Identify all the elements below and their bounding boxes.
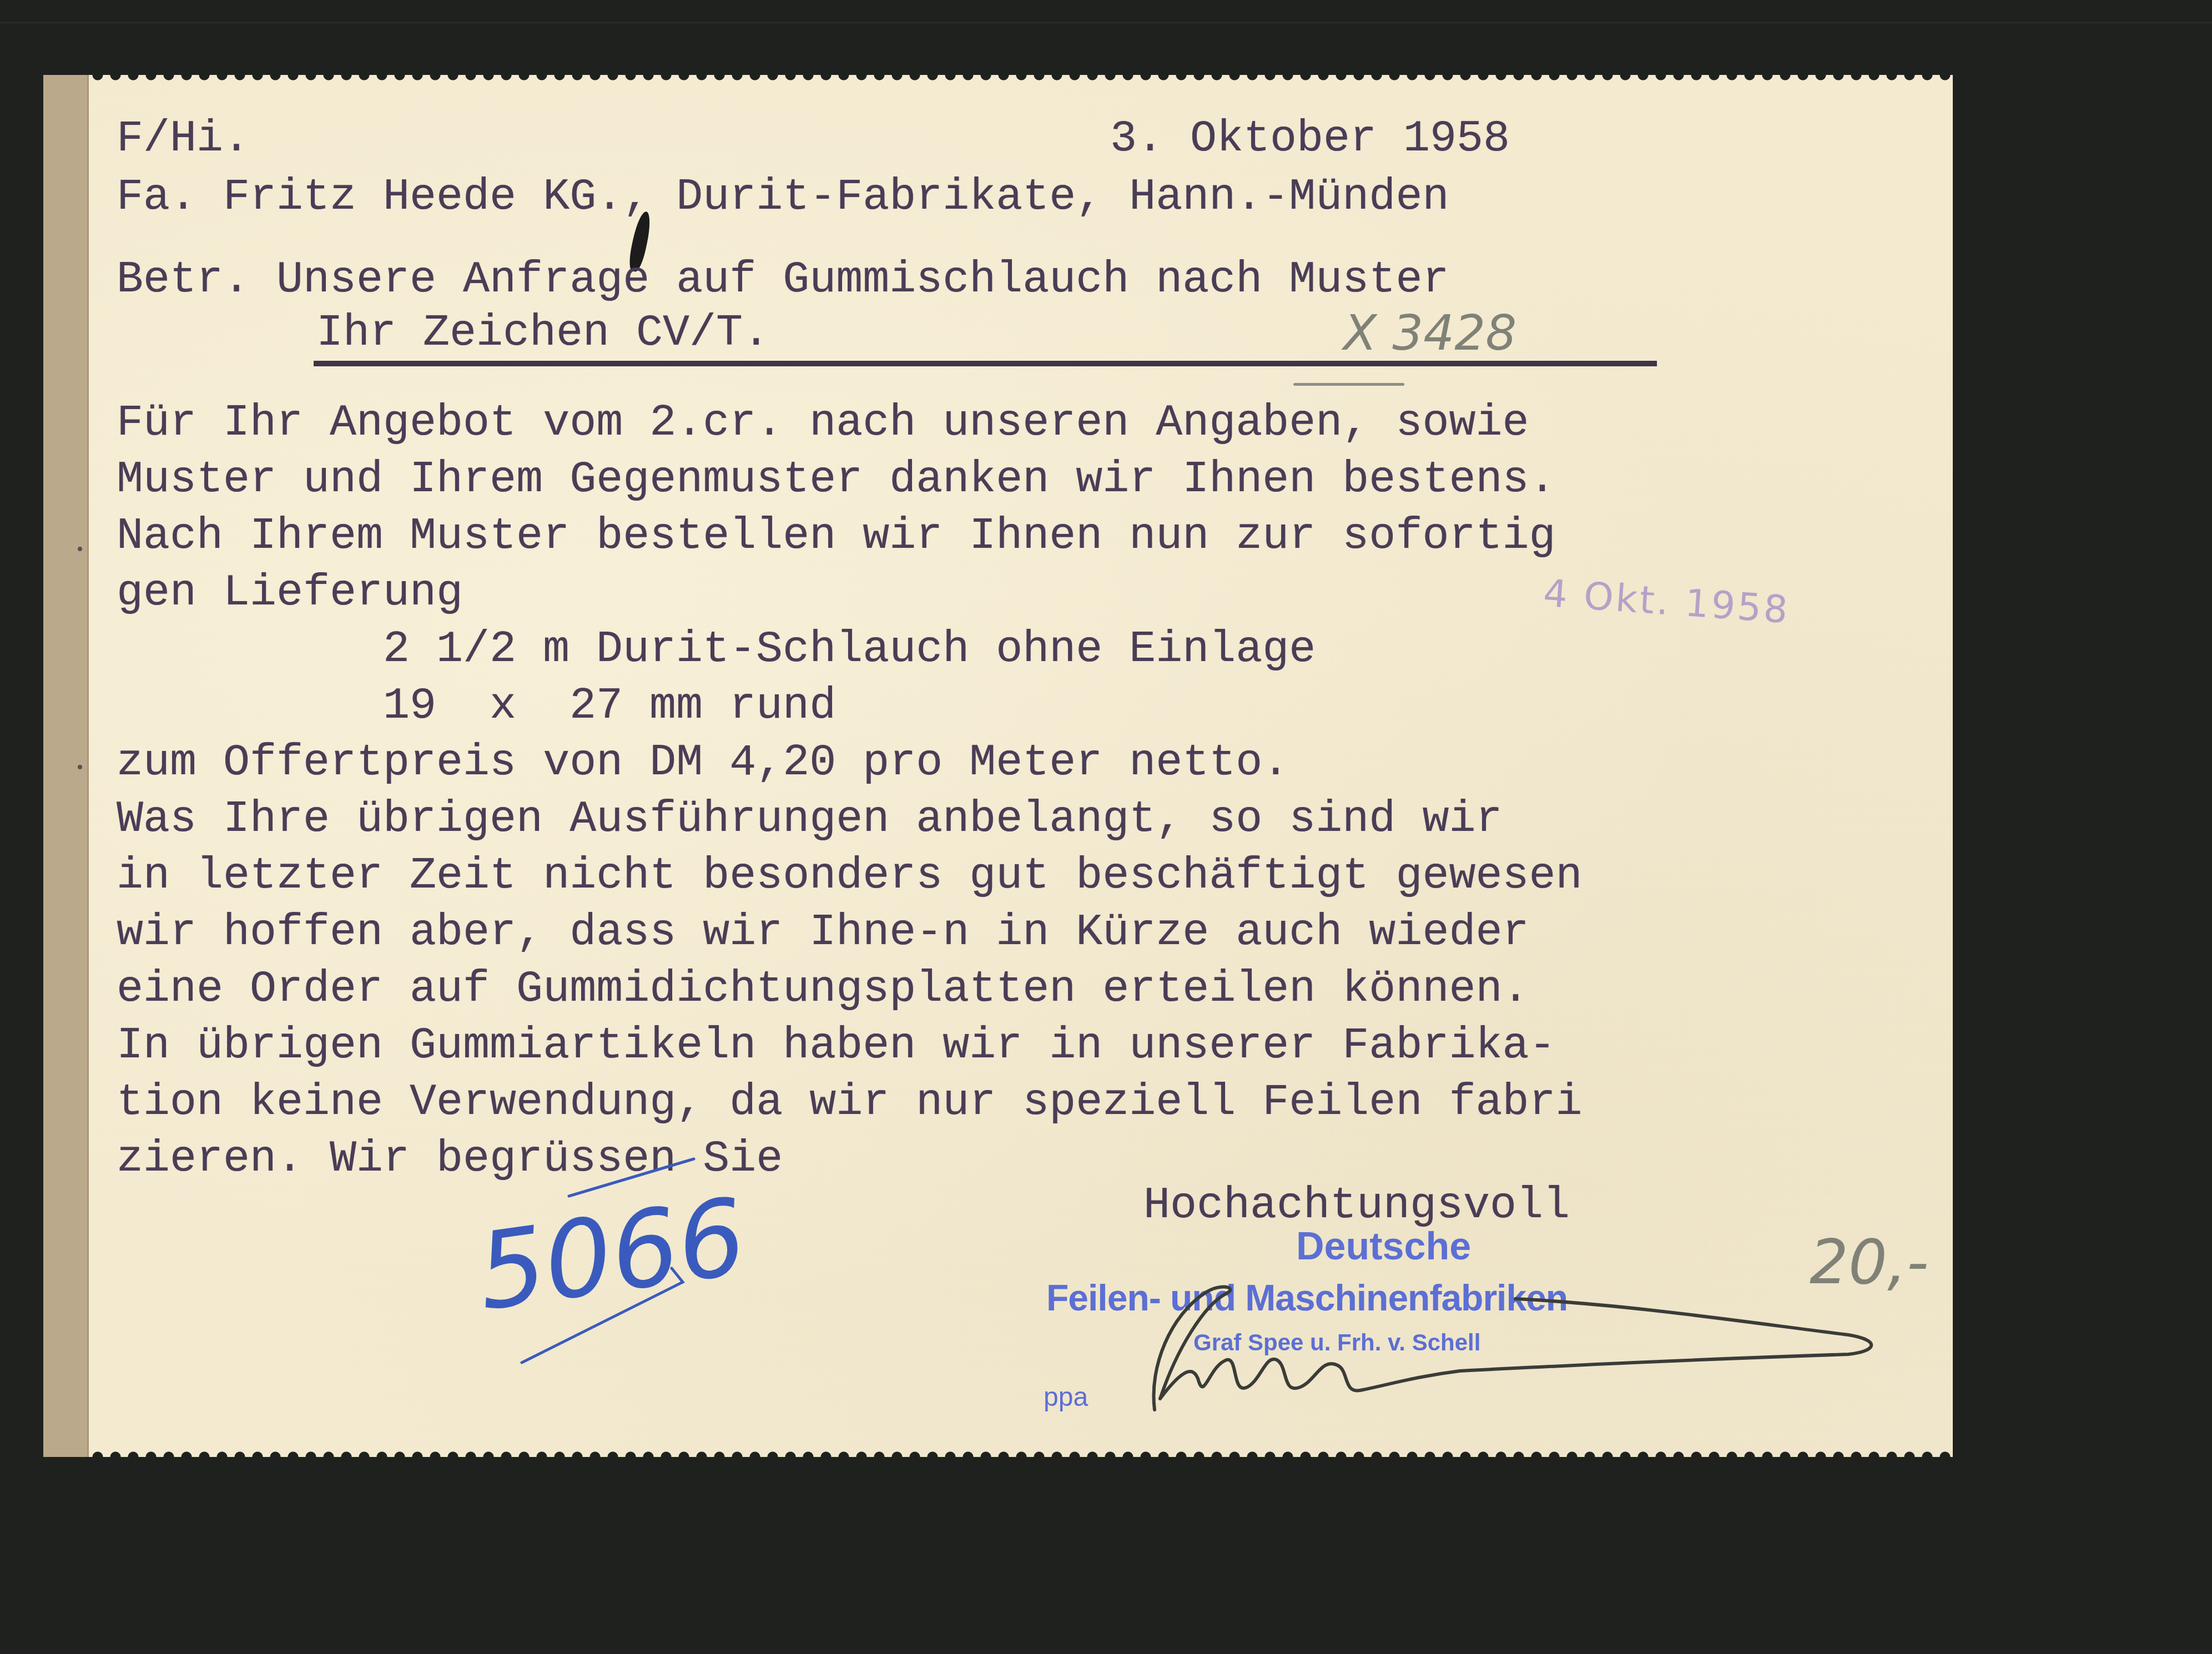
- blue-pen-checkmark: [516, 1265, 694, 1371]
- pencil-mark: [1293, 383, 1404, 386]
- blue-pen-strike: [566, 1154, 699, 1199]
- album-backing-edge: [0, 22, 2212, 23]
- body-line: gen Lieferung: [117, 564, 463, 622]
- body-line: Nach Ihrem Muster bestellen wir Ihnen nu…: [117, 507, 1555, 566]
- order-size-line: 19 x 27 mm rund: [383, 677, 836, 735]
- body-line: eine Order auf Gummidichtungsplatten ert…: [117, 960, 1529, 1018]
- body-line: Was Ihre übrigen Ausführungen anbelangt,…: [117, 790, 1502, 849]
- body-line: Für Ihr Angebot vom 2.cr. nach unseren A…: [117, 394, 1529, 452]
- body-line: tion keine Verwendung, da wir nur spezie…: [117, 1073, 1582, 1132]
- body-line: In übrigen Gummiartikeln haben wir in un…: [117, 1017, 1555, 1075]
- letter-date: 3. Oktober 1958: [1110, 110, 1510, 168]
- perforated-top-edge: [89, 75, 1953, 85]
- order-item-line: 2 1/2 m Durit-Schlauch ohne Einlage: [383, 621, 1316, 679]
- subject-line: Betr. Unsere Anfrage auf Gummischlauch n…: [117, 251, 1449, 309]
- body-line: wir hoffen aber, dass wir Ihne-n in Kürz…: [117, 904, 1529, 962]
- handwritten-signature: [1127, 1282, 1948, 1426]
- pencil-number-annotation: X 3428: [1343, 304, 1516, 361]
- body-line: in letzter Zeit nicht besonders gut besc…: [117, 847, 1582, 905]
- subject-reference: Ihr Zeichen CV/T.: [316, 304, 769, 362]
- stamp-ppa: ppa: [1044, 1382, 1088, 1413]
- margin-dot: [78, 765, 82, 769]
- perforated-bottom-edge: [89, 1447, 1953, 1457]
- body-line: zum Offertpreis von DM 4,20 pro Meter ne…: [117, 734, 1289, 792]
- subject-underline: [314, 361, 1657, 366]
- body-line: Muster und Ihrem Gegenmuster danken wir …: [117, 451, 1555, 509]
- margin-dot: [78, 547, 82, 551]
- pencil-amount-annotation: 20,-: [1810, 1227, 1929, 1298]
- recipient-line: Fa. Fritz Heede KG., Durit-Fabrikate, Ha…: [117, 168, 1449, 226]
- reference-code: F/Hi.: [117, 110, 250, 168]
- stamp-company-line-1: Deutsche: [1296, 1224, 1471, 1268]
